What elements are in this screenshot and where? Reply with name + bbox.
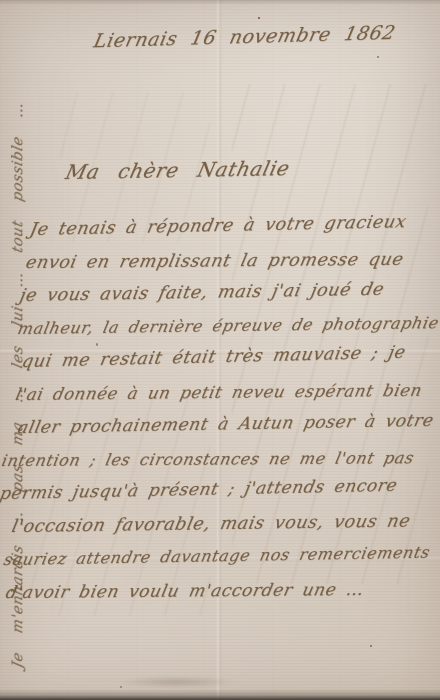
- ink-speck: [370, 645, 372, 647]
- margin-note: Je m'enhardis … pas ma … les lui … tout …: [10, 106, 26, 670]
- scan-edge-bottom: [0, 689, 440, 700]
- handwritten-line: envoi en remplissant la promesse que: [24, 250, 406, 273]
- handwritten-line: d'avoir bien voulu m'accorder une …: [4, 580, 366, 603]
- ink-speck: [96, 343, 98, 346]
- salutation-line: Ma chère Nathalie: [63, 156, 292, 184]
- scan-edge-top: [0, 0, 440, 5]
- ink-speck: [377, 56, 379, 58]
- date-line: Liernais 16 novembre 1862: [92, 22, 398, 53]
- handwritten-line: intention ; les circonstances ne me l'on…: [0, 448, 416, 470]
- letter-page: Liernais 16 novembre 1862 Ma chère Natha…: [0, 0, 440, 700]
- paper-smudge: [116, 676, 236, 688]
- ink-speck: [258, 17, 260, 19]
